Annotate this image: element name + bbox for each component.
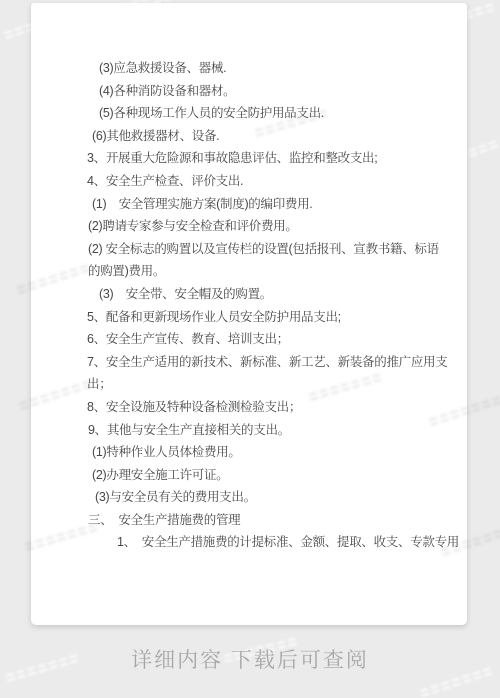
document-line: 7、安全生产适用的新技术、新标准、新工艺、新装备的推广应用支 xyxy=(87,351,461,374)
document-line: (1) 安全管理实施方案(制度)的编印费用. xyxy=(92,193,461,216)
document-line: (2)聘请专家参与安全检查和评价费用。 xyxy=(88,215,461,238)
document-line: (6)其他救援器材、设备. xyxy=(92,125,461,148)
document-line: (4)各种消防设备和器材。 xyxy=(99,80,461,103)
app-background: 〓〓〓〓〓〓〓 〓〓〓〓〓〓〓 〓〓〓〓〓〓〓 〓〓〓〓〓〓〓 〓〓〓〓〓〓〓 … xyxy=(0,0,500,698)
document-card[interactable]: 〓〓〓〓〓〓〓 〓〓〓〓〓〓〓 〓〓〓〓〓〓〓 〓〓〓〓〓〓〓 〓〓〓〓〓〓〓 … xyxy=(31,3,467,625)
document-line: 三、 安全生产措施费的管理 xyxy=(88,509,461,532)
document-line: (3)应急救援设备、器械. xyxy=(99,57,461,80)
document-line: (2)办理安全施工许可证。 xyxy=(92,464,461,487)
document-line: (2) 安全标志的购置以及宣传栏的设置(包括报刊、宣教书籍、标语 xyxy=(88,238,461,261)
document-line: (5)各种现场工作人员的安全防护用品支出. xyxy=(99,102,461,125)
document-line: 3、开展重大危险源和事故隐患评估、监控和整改支出; xyxy=(87,147,461,170)
document-line: (1)特种作业人员体检费用。 xyxy=(92,441,461,464)
document-line: 出； xyxy=(87,373,461,396)
document-body: (3)应急救援设备、器械. (4)各种消防设备和器材。 (5)各种现场工作人员的… xyxy=(31,57,461,554)
document-line: 5、配备和更新现场作业人员安全防护用品支出; xyxy=(87,306,461,329)
footer-hint: 详细内容 下载后可查阅 xyxy=(0,644,500,674)
document-line: 9、其他与安全生产直接相关的支出。 xyxy=(88,419,461,442)
document-line: 1、 安全生产措施费的计提标准、金额、提取、收支、专款专用 xyxy=(117,531,461,554)
document-line: (3)与安全员有关的费用支出。 xyxy=(95,486,461,509)
document-line: (3) 安全带、安全帽及的购置。 xyxy=(99,283,461,306)
document-line: 4、安全生产检查、评价支出. xyxy=(87,170,461,193)
document-line: 6、安全生产宣传、教育、培训支出； xyxy=(87,328,461,351)
document-line: 的购置)费用。 xyxy=(88,260,461,283)
document-line: 8、安全设施及特种设备检测检验支出； xyxy=(87,396,461,419)
